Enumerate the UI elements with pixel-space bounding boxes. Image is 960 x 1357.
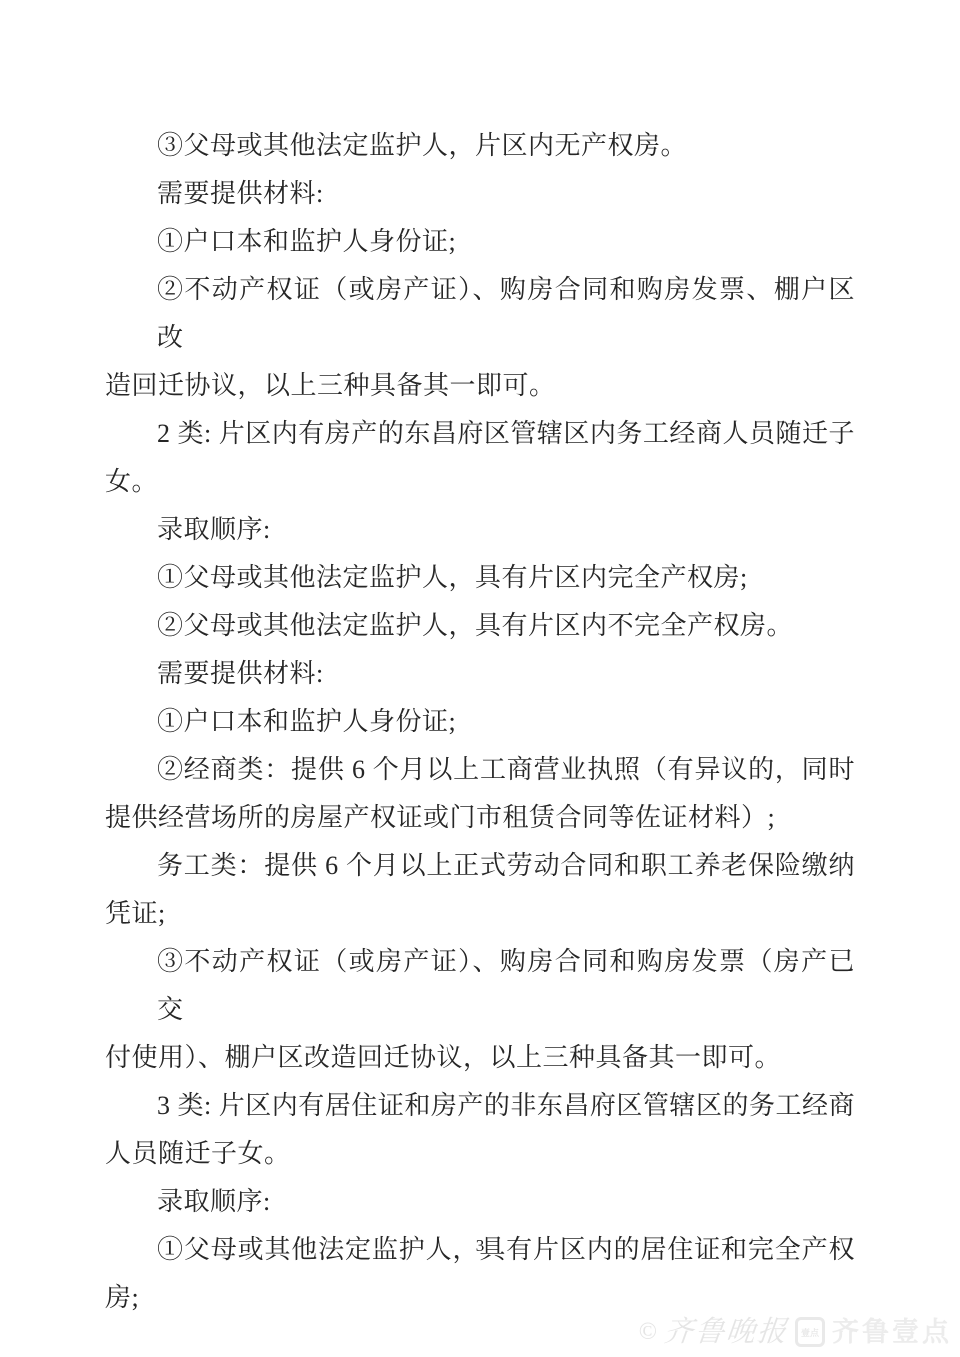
text-line: ③不动产权证（或房产证）、购房合同和购房发票（房产已交 bbox=[105, 938, 855, 1034]
qilu-evening-news-script-logo: 齐鲁晚报 bbox=[662, 1318, 789, 1347]
text-line: 务工类：提供 6 个月以上正式劳动合同和职工养老保险缴纳 bbox=[105, 842, 855, 890]
text-line: ③父母或其他法定监护人，片区内无产权房。 bbox=[105, 122, 855, 170]
text-line: ②父母或其他法定监护人，具有片区内不完全产权房。 bbox=[105, 602, 855, 650]
text-line: 提供经营场所的房屋产权证或门市租赁合同等佐证材料）; bbox=[105, 794, 855, 842]
text-line: ①户口本和监护人身份证; bbox=[105, 698, 855, 746]
text-line: ①父母或其他法定监护人，具有片区内完全产权房; bbox=[105, 554, 855, 602]
text-line: ①户口本和监护人身份证; bbox=[105, 218, 855, 266]
text-line: 女。 bbox=[105, 458, 855, 506]
text-line: 需要提供材料: bbox=[105, 170, 855, 218]
text-line: 录取顺序: bbox=[105, 1178, 855, 1226]
text-line: 造回迁协议，以上三种具备其一即可。 bbox=[105, 362, 855, 410]
page-number: 3 bbox=[0, 1236, 960, 1256]
text-line: 房; bbox=[105, 1274, 855, 1322]
document-body: ③父母或其他法定监护人，片区内无产权房。需要提供材料:①户口本和监护人身份证;②… bbox=[105, 122, 855, 1322]
text-line: 凭证; bbox=[105, 890, 855, 938]
text-line: 人员随迁子女。 bbox=[105, 1130, 855, 1178]
text-line: 3 类: 片区内有居住证和房产的非东昌府区管辖区的务工经商 bbox=[105, 1082, 855, 1130]
press-watermark: © 齐鲁晚报 壹点 齐鲁壹点 bbox=[639, 1317, 952, 1347]
text-line: 录取顺序: bbox=[105, 506, 855, 554]
qilu-yidian-wordmark: 齐鲁壹点 bbox=[832, 1319, 952, 1346]
text-line: ②经商类：提供 6 个月以上工商营业执照（有异议的，同时 bbox=[105, 746, 855, 794]
text-line: 需要提供材料: bbox=[105, 650, 855, 698]
document-page: ③父母或其他法定监护人，片区内无产权房。需要提供材料:①户口本和监护人身份证;②… bbox=[0, 0, 960, 1357]
copyright-icon: © bbox=[639, 1320, 657, 1344]
text-line: ②不动产权证（或房产证）、购房合同和购房发票、棚户区改 bbox=[105, 266, 855, 362]
qilu-yidian-logo-icon: 壹点 bbox=[795, 1317, 825, 1347]
text-line: 付使用）、棚户区改造回迁协议，以上三种具备其一即可。 bbox=[105, 1034, 855, 1082]
text-line: 2 类: 片区内有房产的东昌府区管辖区内务工经商人员随迁子 bbox=[105, 410, 855, 458]
